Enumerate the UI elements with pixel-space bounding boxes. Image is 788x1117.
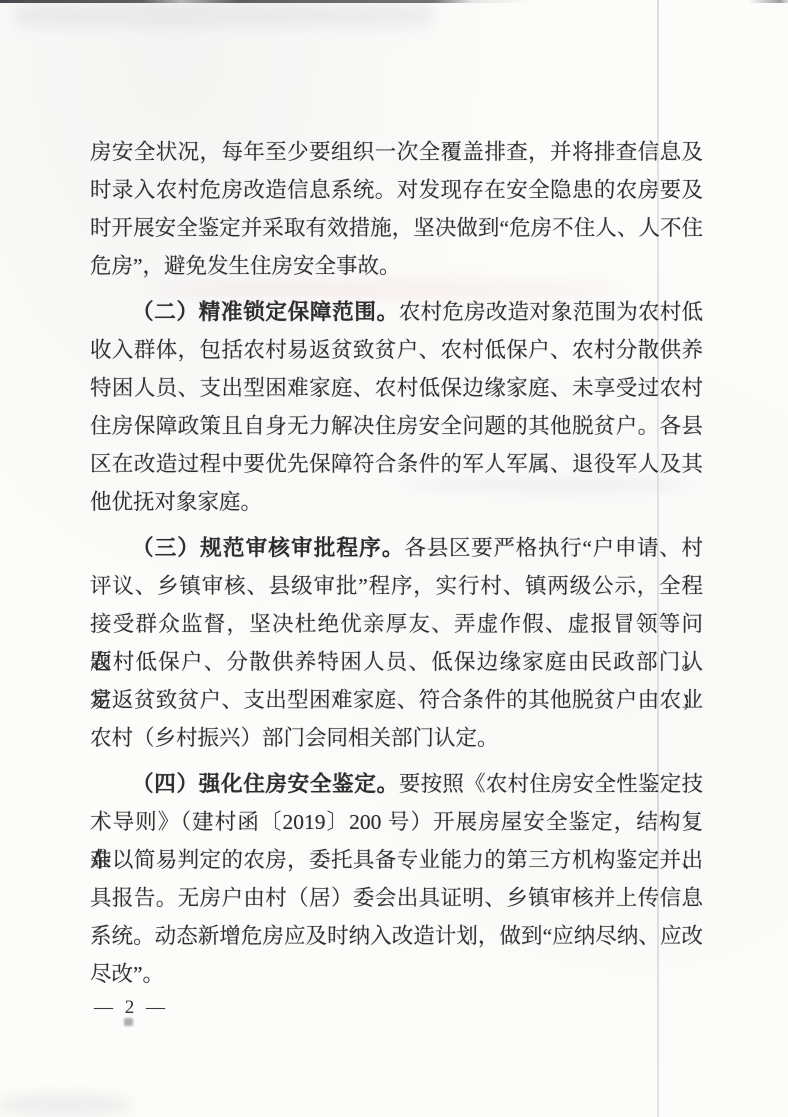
text-line: （四）强化住房安全鉴定。要按照《农村住房安全性鉴定技 <box>90 765 703 803</box>
paragraph: （二）精准锁定保障范围。农村危房改造对象范围为农村低收入群体，包括农村易返贫致贫… <box>90 293 703 521</box>
text-line: 易返贫致贫户、支出型困难家庭、符合条件的其他脱贫户由农业 <box>90 681 703 719</box>
text-line: 时开展安全鉴定并采取有效措施，坚决做到“危房不住人、人不住 <box>90 209 703 247</box>
scan-speck <box>124 1018 133 1026</box>
paragraph: （四）强化住房安全鉴定。要按照《农村住房安全性鉴定技术导则》（建村函〔2019〕… <box>90 765 703 993</box>
text-line: 收入群体，包括农村易返贫致贫户、农村低保户、农村分散供养 <box>90 331 703 369</box>
text-line: （二）精准锁定保障范围。农村危房改造对象范围为农村低 <box>90 293 703 331</box>
text-line: 区在改造过程中要优先保障符合条件的军人军属、退役军人及其 <box>90 445 703 483</box>
text-line: 房安全状况，每年至少要组织一次全覆盖排查，并将排查信息及 <box>90 133 703 171</box>
scan-smudge <box>14 3 434 27</box>
paragraph-lead: （二）精准锁定保障范围。 <box>132 300 399 324</box>
text-line: 时录入农村危房改造信息系统。对发现存在安全隐患的农房要及 <box>90 171 703 209</box>
text-line: 危房”，避免发生住房安全事故。 <box>90 247 703 285</box>
paragraph: 房安全状况，每年至少要组织一次全覆盖排查，并将排查信息及时录入农村危房改造信息系… <box>90 133 703 285</box>
text-line: 农村（乡村振兴）部门会同相关部门认定。 <box>90 719 703 757</box>
text-line: 接受群众监督，坚决杜绝优亲厚友、弄虚作假、虚报冒领等问题。 <box>90 605 703 643</box>
paragraph: （三）规范审核审批程序。各县区要严格执行“户申请、村评议、乡镇审核、县级审批”程… <box>90 529 703 757</box>
text-line: （三）规范审核审批程序。各县区要严格执行“户申请、村 <box>90 529 703 567</box>
text-line: 系统。动态新增危房应及时纳入改造计划，做到“应纳尽纳、应改 <box>90 917 703 955</box>
text-line: 农村低保户、分散供养特困人员、低保边缘家庭由民政部门认定； <box>90 643 703 681</box>
text-line: 具报告。无房户由村（居）委会出具证明、乡镇审核并上传信息 <box>90 879 703 917</box>
text-line: 难以简易判定的农房，委托具备专业能力的第三方机构鉴定并出 <box>90 841 703 879</box>
page-number: — 2 — <box>94 997 166 1019</box>
text-line: 特困人员、支出型困难家庭、农村低保边缘家庭、未享受过农村 <box>90 369 703 407</box>
document-page: 房安全状况，每年至少要组织一次全覆盖排查，并将排查信息及时录入农村危房改造信息系… <box>0 0 788 1117</box>
paragraph-lead: （三）规范审核审批程序。 <box>132 536 405 560</box>
text-line: 术导则》（建村函〔2019〕200 号）开展房屋安全鉴定，结构复杂、 <box>90 803 703 841</box>
text-line: 评议、乡镇审核、县级审批”程序，实行村、镇两级公示，全程 <box>90 567 703 605</box>
scan-smudge <box>0 1094 134 1116</box>
text-line: 尽改”。 <box>90 955 703 993</box>
text-line: 住房保障政策且自身无力解决住房安全问题的其他脱贫户。各县 <box>90 407 703 445</box>
scan-edge-artifact <box>0 0 788 3</box>
document-body: 房安全状况，每年至少要组织一次全覆盖排查，并将排查信息及时录入农村危房改造信息系… <box>90 133 703 993</box>
text-line: 他优抚对象家庭。 <box>90 483 703 521</box>
paragraph-lead: （四）强化住房安全鉴定。 <box>132 772 399 796</box>
